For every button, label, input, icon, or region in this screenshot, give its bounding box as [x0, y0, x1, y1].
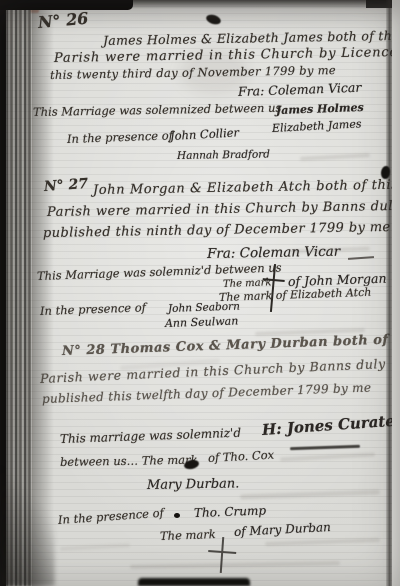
entry-26-officiant-signature: Fra: Coleman Vicar	[238, 80, 362, 99]
entry-26-witness-2: Hannah Bradford	[177, 148, 270, 162]
bottom-left-corner-shadow	[0, 466, 55, 586]
entry-28-groom-mark-name: of Tho. Cox	[208, 448, 275, 465]
ink-dot	[174, 513, 180, 518]
right-outer-margin	[392, 0, 400, 586]
officiant-underline-flourish	[290, 445, 360, 450]
bleedthrough-stroke	[280, 453, 375, 462]
entry-26-solemnized-line: This Marriage was solemnized between us	[33, 101, 282, 119]
bleedthrough-stroke	[265, 538, 380, 546]
entry-28-mark-prefix: The mark	[160, 527, 216, 543]
entry-27-line-2: Parish were married in this Church by Ba…	[47, 199, 400, 220]
entry-26-groom-signature: James Holmes	[276, 101, 364, 117]
bleedthrough-stroke	[240, 490, 380, 500]
entry-28-solemnized-line-2: between us… The mark	[60, 453, 198, 469]
entry-27-witness-1: John Seaborn	[168, 300, 240, 315]
entry-28-officiant-signature: H: Jones Curate	[261, 412, 395, 439]
ink-blob-top	[205, 13, 222, 26]
entry-27-officiant-signature: Fra: Coleman Vicar	[207, 244, 340, 262]
top-edge-band	[0, 0, 400, 9]
entry-27-number: N° 27	[43, 176, 88, 195]
entry-28-solemnized-line-1: This marriage was solemniz'd	[60, 426, 241, 446]
entry-28-bride-signature: Mary Durban.	[147, 476, 240, 493]
mary-durban-cross-mark	[205, 536, 239, 574]
entry-26-witness-intro: In the presence of	[67, 128, 173, 146]
entry-28-mark-name: of Mary Durban	[234, 520, 332, 539]
entry-26-bride-signature: Elizabeth James	[272, 117, 362, 135]
entry-26-line-3: this twenty third day of November 1799 b…	[50, 63, 336, 82]
book-spine-gutter	[6, 0, 32, 586]
bleedthrough-stroke	[60, 543, 130, 551]
entry-26-line-2: Parish were married in this Church by Li…	[54, 45, 398, 66]
entry-27-line-1: John Morgan & Elizabeth Atch both of thi…	[93, 178, 399, 198]
bleedthrough-stroke	[130, 561, 340, 569]
entry-27-witness-intro: In the presence of	[40, 300, 146, 318]
entry-27-witness-2: Ann Seulwan	[165, 314, 239, 330]
bottom-smudge	[138, 578, 250, 586]
entry-27-line-3: published this ninth day of December 179…	[43, 220, 391, 241]
entry-26-witness-1: John Collier	[170, 125, 240, 143]
entry-28-witness-1: Tho. Crump	[194, 503, 267, 520]
entry-28-heading: N° 28 Thomas Cox & Mary Durban both of t…	[62, 331, 400, 359]
register-page: N° 26 James Holmes & Elizabeth James bot…	[0, 0, 400, 586]
entry-27-groom-mark-prefix: The mark	[223, 277, 272, 290]
bleedthrough-stroke	[300, 153, 370, 161]
top-right-dark-corner	[366, 0, 400, 8]
entry-26-number: N° 26	[37, 9, 89, 32]
entry-28-witness-intro: In the presence of	[58, 506, 165, 527]
officiant-flourish-dash	[348, 256, 374, 260]
entry-28-line-3: published this twelfth day of December 1…	[42, 381, 372, 406]
book-spine-black-edge	[0, 0, 6, 586]
top-left-black-band	[0, 0, 133, 10]
right-page-edge-line	[386, 0, 392, 586]
gutter-shadow-fade	[32, 0, 54, 586]
